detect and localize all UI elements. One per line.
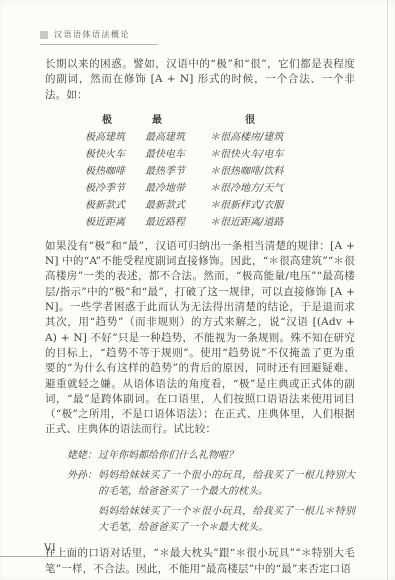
dialogue-line-grandma: 姥姥： 过年你妈都给你们什么礼物啦？ [67, 448, 355, 464]
table-row: 极近距离 最近路程 ＊很近距离/道路 [85, 214, 395, 231]
paragraph-analysis: 如果没有“极”和“最”，汉语可归纳出一条相当清楚的规律：[A + N] 中的“A… [45, 239, 355, 438]
speech-text: 过年你妈都给你们什么礼物啦？ [98, 448, 355, 464]
table-cell: 最快电车 [145, 146, 210, 163]
dialogue-line-ungrammatical-variant: 妈妈给妹妹买了一个＊很小玩具，给我买了一根儿＊特别大毛笔，给爸爸买了一个＊最大枕… [98, 504, 355, 535]
running-head: 汉语语体语法概论 [40, 29, 158, 45]
table-cell: 最高建筑 [145, 129, 210, 146]
dialogue-example: 姥姥： 过年你妈都给你们什么礼物啦？ 外孙： 妈妈给妹妹买了一个很小的玩具，给我… [67, 448, 355, 536]
table-cell: ＊很近距离/道路 [210, 214, 395, 231]
column-header-hen: 很 [210, 112, 290, 129]
table-cell: 极快火车 [85, 146, 145, 163]
table-header-row: 极 最 很 [85, 112, 395, 129]
table-row: 极冷季节 最冷地带 ＊很冷地方/天气 [85, 180, 395, 197]
table-row: 极新款式 最新款式 ＊很新样式/衣服 [85, 197, 395, 214]
paragraph-conclusion: 在上面的口语对话里，“＊最大枕头”跟“＊很小玩具”“＊特别大毛笔”一样，不合法。… [45, 546, 355, 577]
column-header-zui: 最 [145, 112, 169, 129]
speech-text: 妈妈给妹妹买了一个很小的玩具，给我买了一根儿特别大的毛笔，给爸爸买了一个最大的枕… [98, 468, 355, 499]
speaker-label: 姥姥： [67, 448, 98, 464]
page-scan-edge [387, 0, 388, 580]
paragraph-intro: 长期以来的困惑。譬如，汉语中的“极”和“很”，它们都是表程度的副词，然而在修饰 … [45, 57, 355, 103]
table-cell: 极高建筑 [85, 129, 145, 146]
speech-text: 妈妈给妹妹买了一个＊很小玩具，给我买了一根儿＊特别大毛笔，给爸爸买了一个＊最大枕… [98, 504, 355, 535]
page-number: VI [44, 543, 56, 554]
table-cell: ＊很高楼房/建筑 [210, 129, 395, 146]
table-cell: ＊很快火车/电车 [210, 146, 395, 163]
table-cell: 最热季节 [145, 163, 210, 180]
table-cell: 极热咖啡 [85, 163, 145, 180]
speaker-label: 外孙： [67, 468, 98, 499]
footer-rule [0, 556, 62, 557]
dialogue-line-grandson: 外孙： 妈妈给妹妹买了一个很小的玩具，给我买了一根儿特别大的毛笔，给爸爸买了一个… [67, 468, 355, 499]
table-row: 极高建筑 最高建筑 ＊很高楼房/建筑 [85, 129, 395, 146]
table-cell: 最冷地带 [145, 180, 210, 197]
table-cell: 极冷季节 [85, 180, 145, 197]
column-header-ji: 极 [85, 112, 129, 129]
adverb-example-table: 极 最 很 极高建筑 最高建筑 ＊很高楼房/建筑 极快火车 最快电车 ＊很快火车… [85, 112, 395, 231]
book-page: 汉语语体语法概论 长期以来的困惑。譬如，汉语中的“极”和“很”，它们都是表程度的… [0, 0, 395, 580]
table-cell: 最新款式 [145, 197, 210, 214]
table-cell: ＊很新样式/衣服 [210, 197, 395, 214]
table-cell: 极近距离 [85, 214, 145, 231]
chapter-marker-icon [40, 31, 48, 39]
table-row: 极快火车 最快电车 ＊很快火车/电车 [85, 146, 395, 163]
running-head-title: 汉语语体语法概论 [54, 29, 130, 40]
table-cell: ＊很冷地方/天气 [210, 180, 395, 197]
table-cell: 最近路程 [145, 214, 210, 231]
table-cell: ＊很热咖啡/饮料 [210, 163, 395, 180]
table-row: 极热咖啡 最热季节 ＊很热咖啡/饮料 [85, 163, 395, 180]
table-cell: 极新款式 [85, 197, 145, 214]
